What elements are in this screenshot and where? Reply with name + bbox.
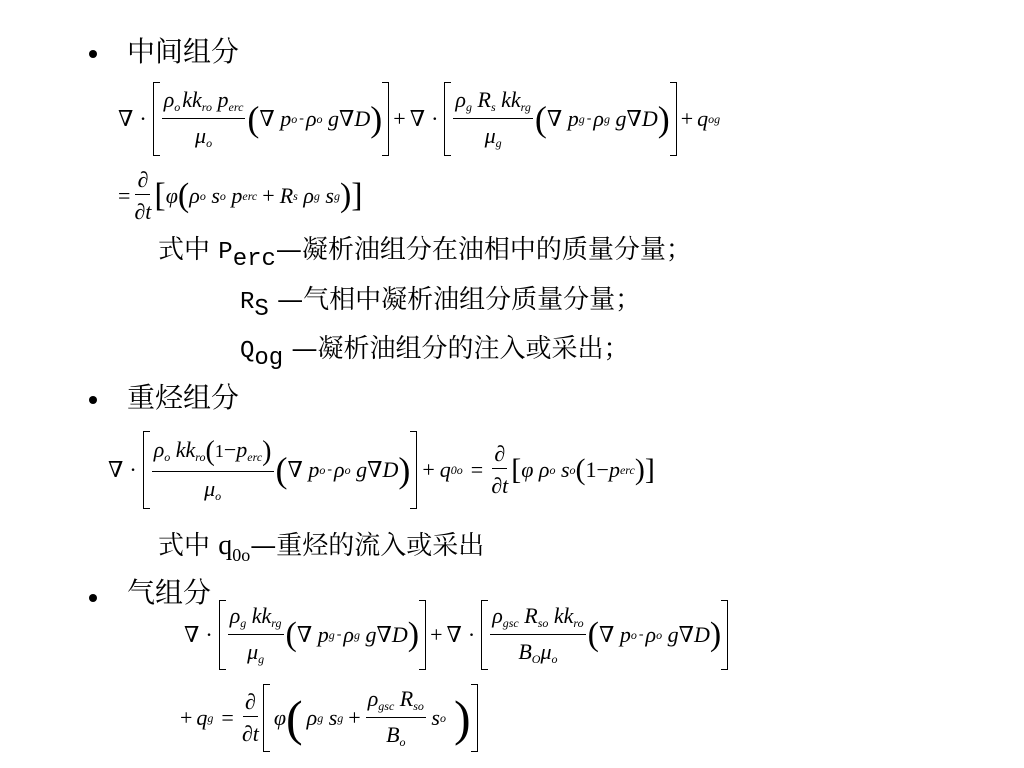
note-rs: RS —气相中凝析油组分质量分量；	[240, 284, 641, 326]
fraction: ρokkro perc μo	[162, 87, 246, 151]
equation-intermediate-rhs: = ∂ ∂t [ φ ( ρo so perc + Rs ρg sg )]	[118, 168, 363, 224]
equation-heavy: ∇· ρo kkro(1−perc) μo ( ∇ po-ρo g∇D ) +q…	[108, 428, 655, 512]
section-heading-intermediate: 中间组分	[127, 36, 239, 68]
nabla-symbol: ∇	[118, 106, 133, 132]
bullet-icon	[89, 50, 97, 58]
section-heading-heavy: 重烃组分	[127, 382, 239, 414]
note-perc: 式中 Perc—凝析油组分在油相中的质量分量；	[158, 234, 692, 276]
left-bracket	[153, 82, 160, 156]
equation-gas-lhs: ∇· ρg kkrg μg ( ∇ pg-ρg g∇D ) + ∇· ρgsc …	[184, 598, 728, 672]
bullet-icon	[89, 396, 97, 404]
right-bracket	[382, 82, 389, 156]
note-q0o: 式中 q0o—重烃的流入或采出	[158, 530, 484, 571]
equation-intermediate-lhs: ∇· ρokkro perc μo ( ∇ po-ρo g∇D ) + ∇· ρ…	[118, 78, 720, 160]
bullet-icon	[89, 594, 97, 602]
note-qog: Qog —凝析油组分的注入或采出；	[240, 333, 629, 375]
equation-gas-rhs: +qg = ∂ ∂t φ ( ρg sg + ρgsc Rso Bo so )	[180, 682, 478, 754]
partial-derivative: ∂ ∂t	[134, 167, 151, 225]
